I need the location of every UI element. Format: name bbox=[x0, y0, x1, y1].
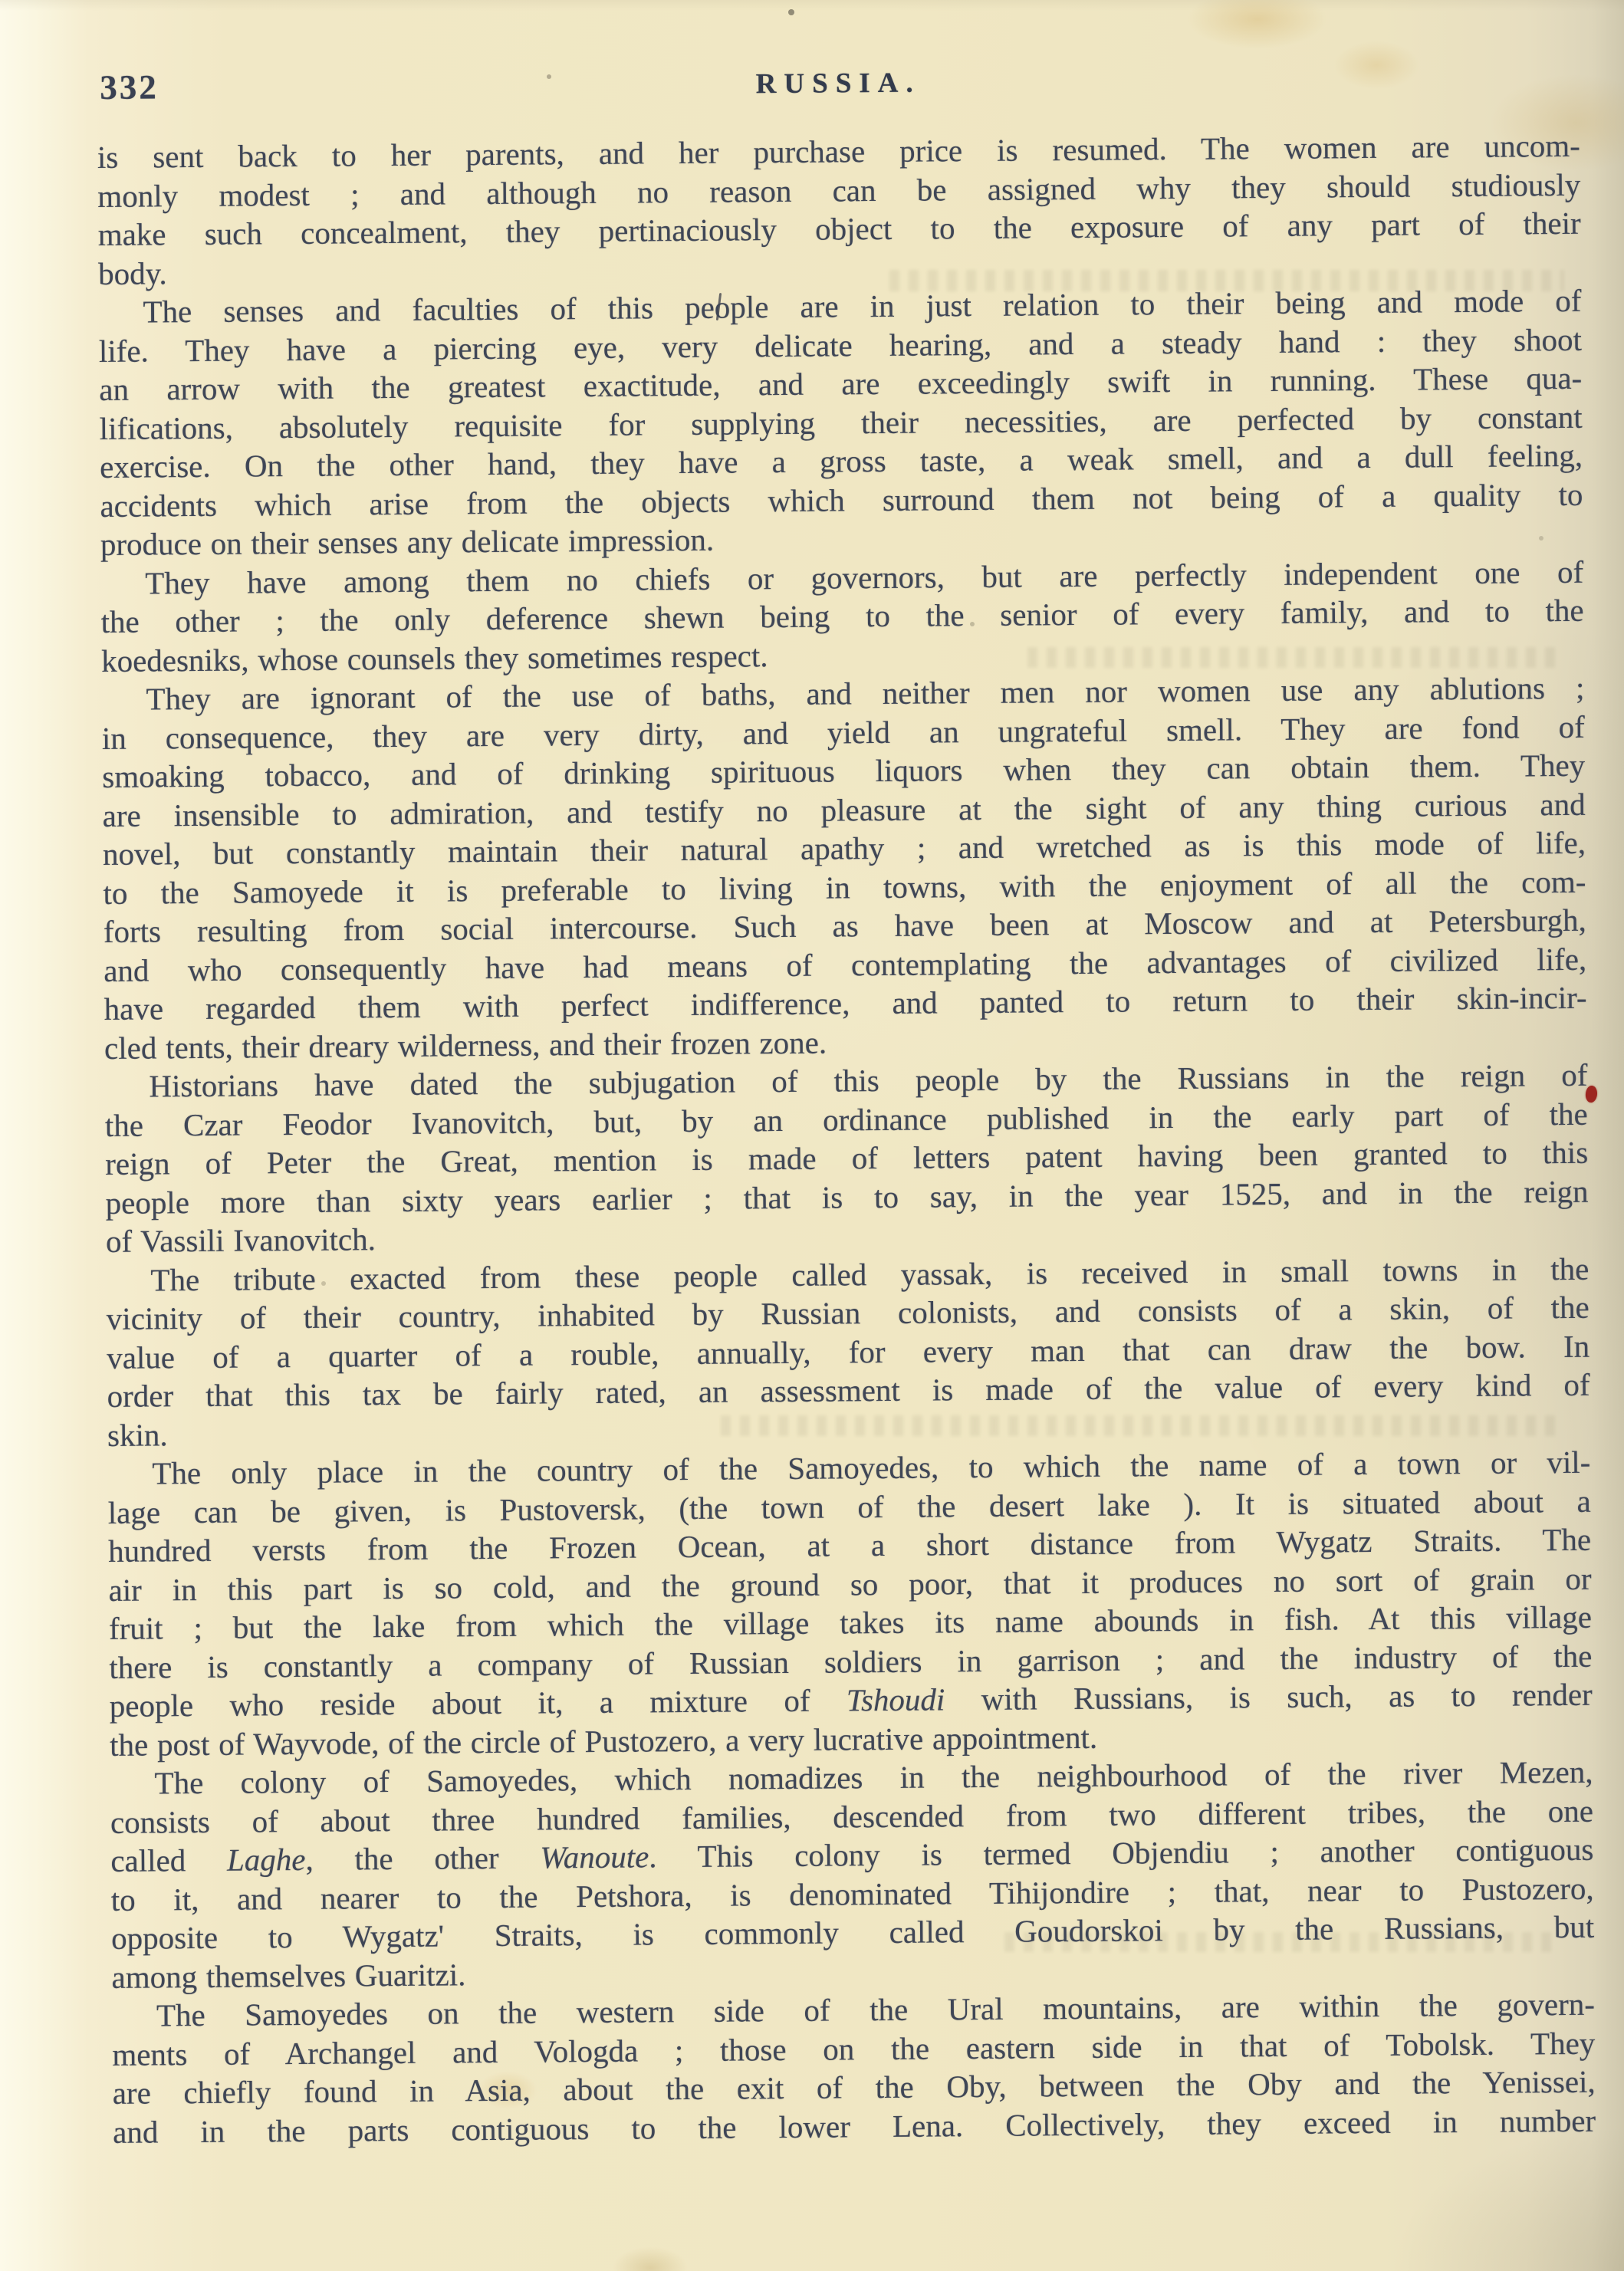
body-text: is sent back to her parents, and her pur… bbox=[97, 127, 1596, 2151]
paper-specks bbox=[0, 0, 3, 3]
paragraph: Historians have dated the subjugation of… bbox=[104, 1056, 1589, 1261]
page-content: 332 RUSSIA. is sent back to her parents,… bbox=[97, 56, 1580, 67]
paragraph: The Samoyedes on the western side of the… bbox=[112, 1985, 1596, 2151]
book-page: 332 RUSSIA. is sent back to her parents,… bbox=[0, 0, 1624, 2271]
paragraph: The senses and faculties of this people … bbox=[98, 281, 1583, 564]
paragraph: They are ignorant of the use of baths, a… bbox=[101, 669, 1587, 1067]
paragraph: is sent back to her parents, and her pur… bbox=[97, 127, 1582, 293]
paragraph: The colony of Samoyedes, which nomadizes… bbox=[110, 1753, 1594, 1997]
running-head: RUSSIA. bbox=[97, 61, 1580, 106]
paragraph: The tribute exacted from these people ca… bbox=[106, 1249, 1590, 1454]
paragraph: The only place in the country of the Sam… bbox=[107, 1443, 1593, 1764]
paragraph: They have among them no chiefs or govern… bbox=[100, 552, 1584, 680]
